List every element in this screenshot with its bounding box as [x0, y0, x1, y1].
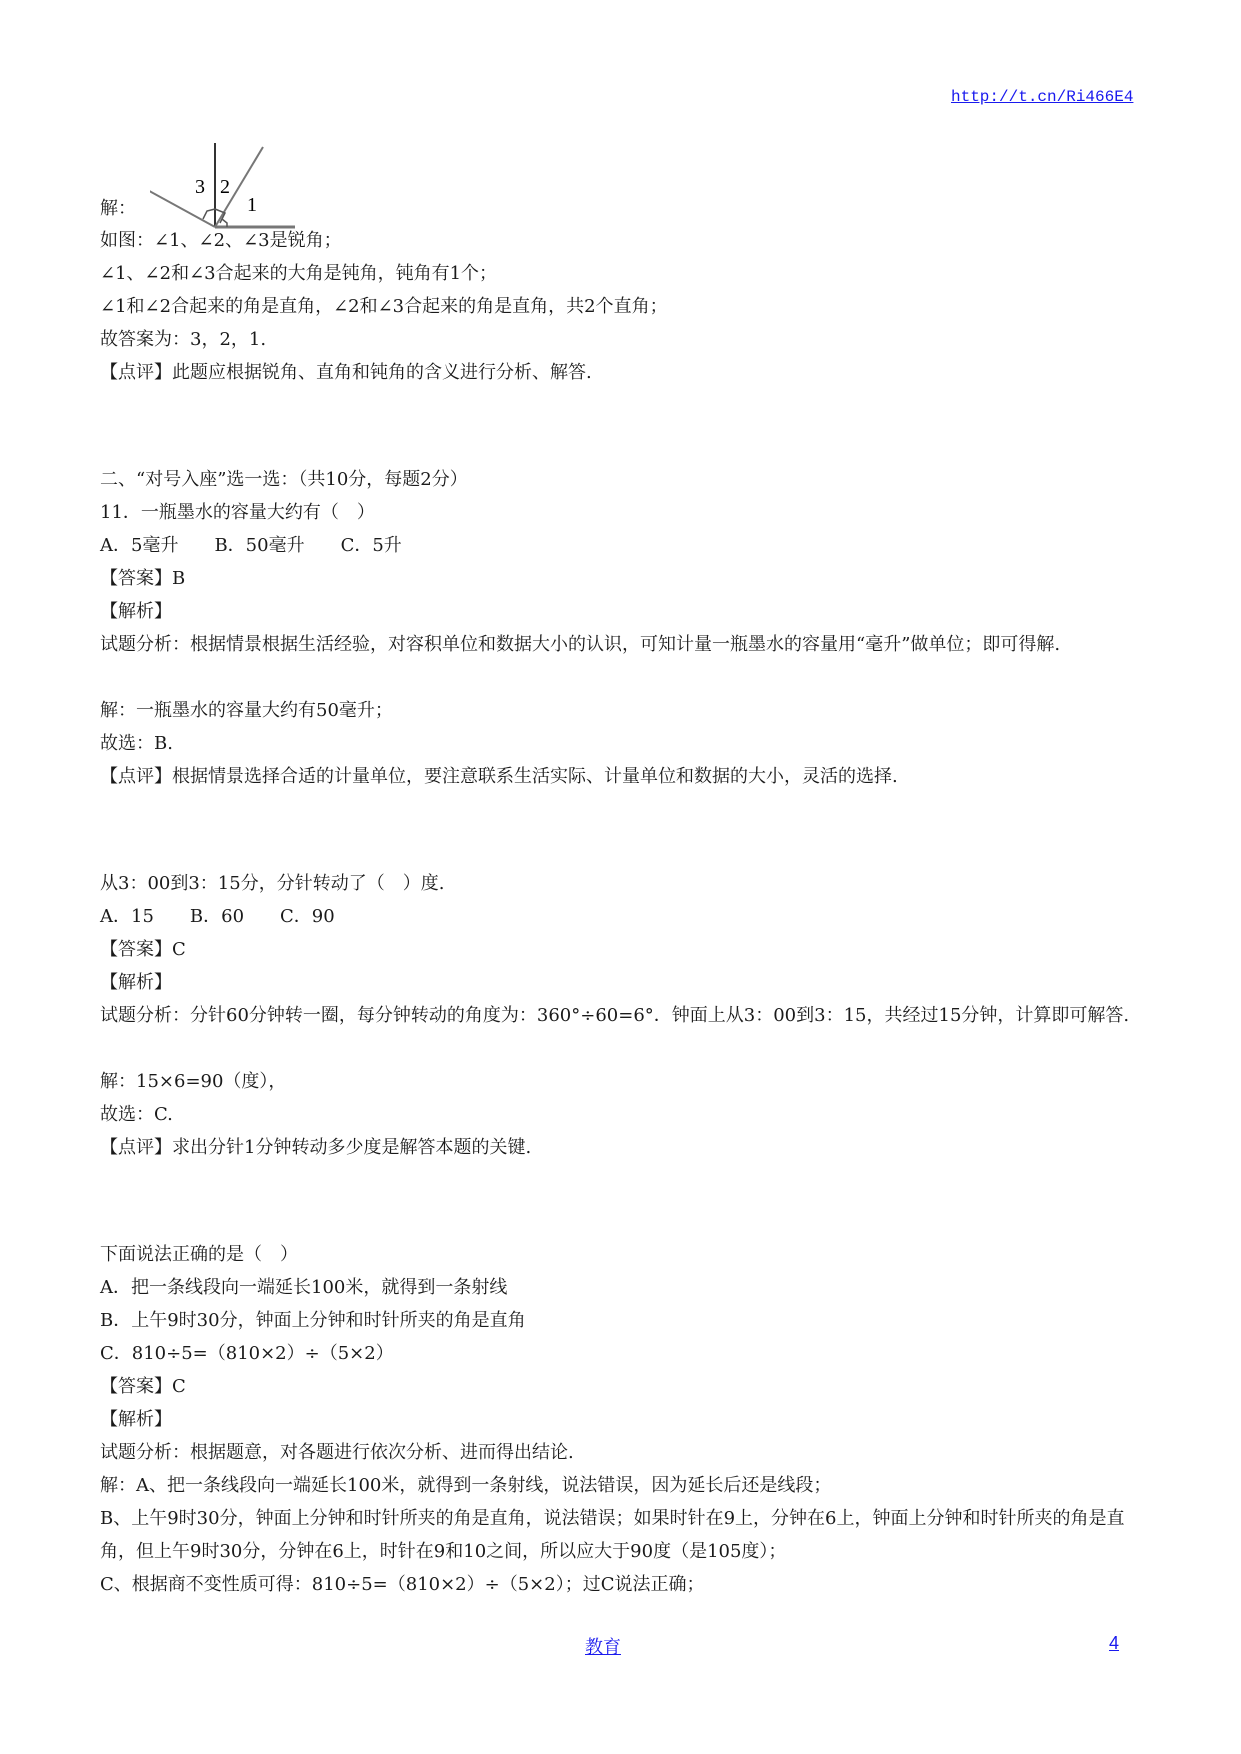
q13-analysis-label: 【解析】: [100, 1408, 172, 1432]
solution-label: 解：: [100, 197, 136, 221]
q11-choice: 故选：B.: [100, 732, 173, 756]
q13-solution-a: 解：A、把一条线段向一端延长100米，就得到一条射线，说法错误，因为延长后还是线…: [100, 1474, 831, 1498]
q11-comment: 【点评】根据情景选择合适的计量单位，要注意联系生活实际、计量单位和数据的大小，灵…: [100, 765, 898, 789]
q11-answer: 【答案】B: [100, 567, 185, 591]
solution-line: ∠1、∠2和∠3合起来的大角是钝角，钝角有1个；: [100, 262, 497, 286]
q12-comment: 【点评】求出分针1分钟转动多少度是解答本题的关键.: [100, 1136, 531, 1160]
angle-diagram-svg: 3 2 1: [150, 143, 340, 238]
q12-choice: 故选：C.: [100, 1103, 173, 1127]
q13-answer: 【答案】C: [100, 1375, 186, 1399]
q13-solution-b: B、上午9时30分，钟面上分钟和时针所夹的角是直角，说法错误；如果时针在9上，分…: [100, 1502, 1130, 1568]
angle-label-3: 3: [195, 176, 205, 198]
q12-options: A．15 B．60 C．90: [100, 905, 335, 929]
q11-options: A．5毫升 B．50毫升 C．5升: [100, 534, 402, 558]
page-number[interactable]: 4: [1109, 1633, 1119, 1654]
q12-analysis: 试题分析：分针60分钟转一圈，每分钟转动的角度为：360°÷60=6°．钟面上从…: [100, 999, 1130, 1032]
q13-option-c: C．810÷5=（810×2）÷（5×2）: [100, 1342, 394, 1366]
solution-line: ∠1和∠2合起来的角是直角，∠2和∠3合起来的角是直角，共2个直角；: [100, 295, 668, 319]
q13-option-a: A．把一条线段向一端延长100米，就得到一条射线: [100, 1276, 507, 1300]
q13-solution-c: C、根据商不变性质可得：810÷5=（810×2）÷（5×2）；过C说法正确；: [100, 1573, 704, 1597]
q13-question: 下面说法正确的是（ ）: [100, 1243, 298, 1267]
final-answer: 故答案为：3，2，1.: [100, 328, 266, 352]
q12-analysis-label: 【解析】: [100, 971, 172, 995]
q11-question: 11．一瓶墨水的容量大约有（ ）: [100, 501, 375, 525]
q12-question: 从3：00到3：15分，分针转动了（ ）度.: [100, 872, 444, 896]
q12-solution: 解：15×6=90（度），: [100, 1070, 286, 1094]
angle-diagram: 3 2 1: [150, 143, 340, 238]
q11-analysis: 试题分析：根据情景根据生活经验，对容积单位和数据大小的认识，可知计量一瓶墨水的容…: [100, 628, 1130, 661]
header-url-link[interactable]: http://t.cn/Ri466E4: [951, 88, 1133, 106]
solution-line: 如图：∠1、∠2、∠3是锐角；: [100, 229, 342, 253]
angle-label-2: 2: [220, 176, 230, 198]
footer-link[interactable]: 教育: [585, 1633, 621, 1659]
comment: 【点评】此题应根据锐角、直角和钝角的含义进行分析、解答.: [100, 361, 592, 385]
q11-solution: 解：一瓶墨水的容量大约有50毫升；: [100, 699, 393, 723]
q11-analysis-label: 【解析】: [100, 600, 172, 624]
q12-answer: 【答案】C: [100, 938, 186, 962]
q13-option-b: B．上午9时30分，钟面上分钟和时针所夹的角是直角: [100, 1309, 526, 1333]
q13-analysis: 试题分析：根据题意，对各题进行依次分析、进而得出结论.: [100, 1441, 574, 1465]
section-heading: 二、“对号入座”选一选：（共10分，每题2分）: [100, 468, 468, 492]
angle-label-1: 1: [247, 194, 257, 216]
